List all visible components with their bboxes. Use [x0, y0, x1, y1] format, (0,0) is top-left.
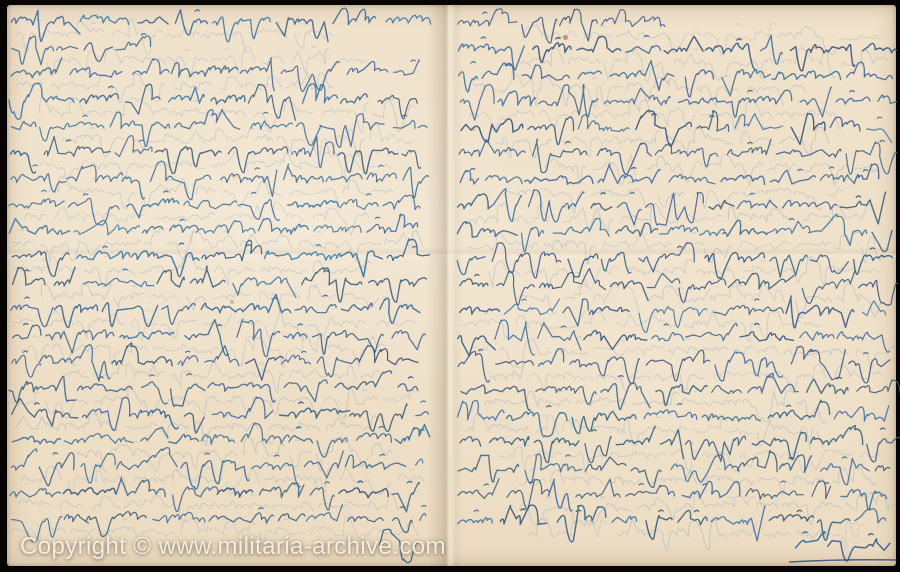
- letter-paper: [7, 5, 896, 566]
- paper-speck: [230, 300, 234, 304]
- center-fold-crease: [427, 5, 463, 566]
- horizontal-crease: [7, 247, 896, 261]
- paper-speck: [563, 35, 568, 40]
- copyright-watermark: Copyright © www.militaria-archive.com: [20, 533, 880, 561]
- letter-scan-photo: Copyright © www.militaria-archive.com: [0, 0, 900, 572]
- paper-speck: [472, 128, 475, 131]
